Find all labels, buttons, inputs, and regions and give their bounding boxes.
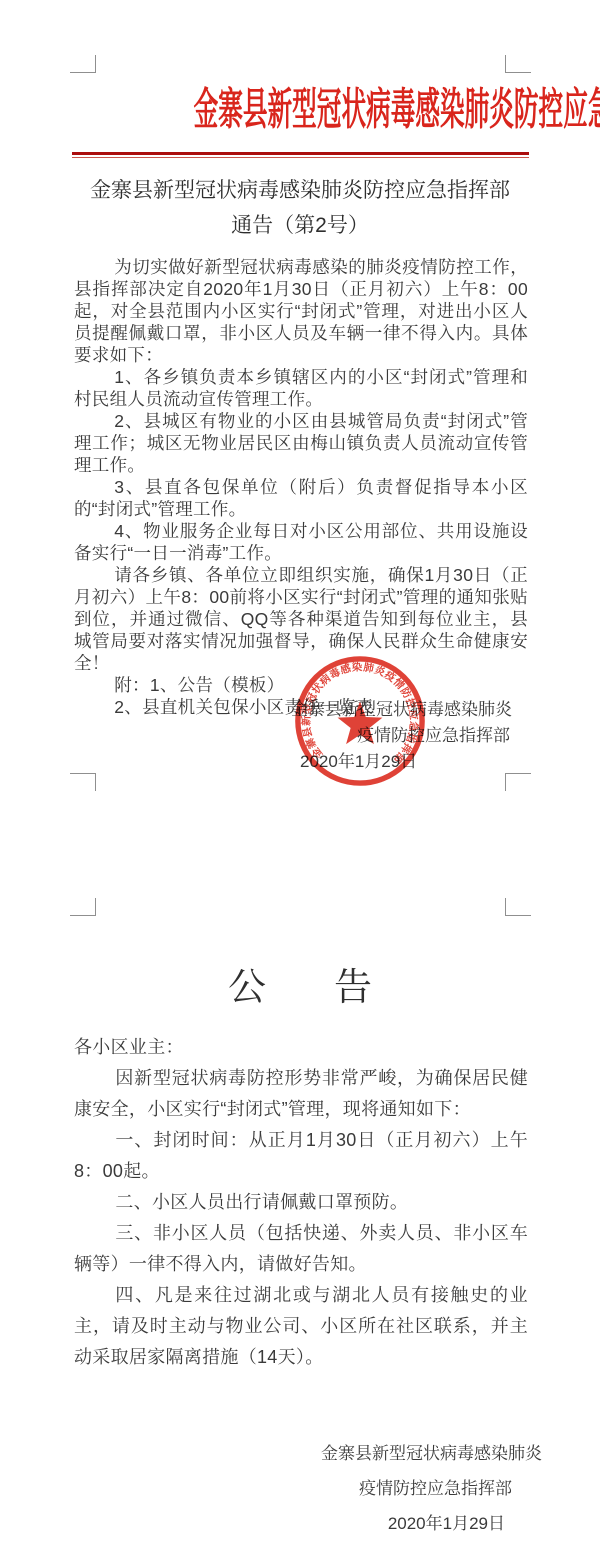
announcement-paragraph: 二、小区人员出行请佩戴口罩预防。 <box>74 1187 528 1218</box>
notice-title-line1: 金寨县新型冠状病毒感染肺炎防控应急指挥部 <box>0 178 600 203</box>
announcement-paragraph: 三、非小区人员（包括快递、外卖人员、非小区车辆等）一律不得入内，请做好告知。 <box>74 1218 528 1280</box>
seal-star <box>338 701 383 744</box>
announcement-paragraph: 四、凡是来往过湖北或与湖北人员有接触史的业主，请及时主动与物业公司、小区所在社区… <box>74 1280 528 1373</box>
letterhead-text: 金寨县新型冠状病毒感染肺炎防控应急指挥部 <box>194 84 600 136</box>
page1-bottom-right-crop-mark <box>505 773 531 791</box>
notice-body: 为切实做好新型冠状病毒感染的肺炎疫情防控工作，县指挥部决定自2020年1月30日… <box>74 256 528 718</box>
page2-signature-block: 金寨县新型冠状病毒感染肺炎 疫情防控应急指挥部 2020年1月29日 <box>0 1436 600 1541</box>
letterhead-rule-thin <box>72 157 529 158</box>
letterhead-rule-thick <box>72 152 529 155</box>
notice-paragraph: 4、物业服务企业每日对小区公用部位、共用设施设备实行“一日一消毒”工作。 <box>74 520 528 564</box>
announcement-body: 各小区业主： 因新型冠状病毒防控形势非常严峻，为确保居民健康安全，小区实行“封闭… <box>74 1032 528 1373</box>
page1-bottom-left-crop-mark <box>70 773 96 791</box>
announcement-paragraph: 因新型冠状病毒防控形势非常严峻，为确保居民健康安全，小区实行“封闭式”管理，现将… <box>74 1063 528 1125</box>
notice-paragraph: 为切实做好新型冠状病毒感染的肺炎疫情防控工作，县指挥部决定自2020年1月30日… <box>74 256 528 366</box>
announcement-paragraph: 一、封闭时间：从正月1月30日（正月初六）上午8：00起。 <box>74 1125 528 1187</box>
signature-org-line2: 疫情防控应急指挥部 <box>0 1471 600 1506</box>
document-scan: 金寨县新型冠状病毒感染肺炎防控应急指挥部 金寨县新型冠状病毒感染肺炎防控应急指挥… <box>0 0 600 1558</box>
notice-paragraph: 2、县城区有物业的小区由县城管局负责“封闭式”管理工作；城区无物业居民区由梅山镇… <box>74 410 528 476</box>
letterhead-banner: 金寨县新型冠状病毒感染肺炎防控应急指挥部 <box>0 84 600 136</box>
notice-paragraph: 3、县直各包保单位（附后）负责督促指导本小区的“封闭式”管理工作。 <box>74 476 528 520</box>
letterhead-rule <box>72 152 529 158</box>
announcement-title-char1: 公 <box>228 966 266 1010</box>
announcement-title: 公 告 <box>0 966 600 1010</box>
official-seal: 金寨县新型冠状病毒感染肺炎疫情防控应急指挥部 <box>291 652 429 790</box>
page2-top-right-crop-mark <box>505 898 531 916</box>
notice-paragraph: 1、各乡镇负责本乡镇辖区内的小区“封闭式”管理和村民组人员流动宣传管理工作。 <box>74 366 528 410</box>
signature-org-line1: 金寨县新型冠状病毒感染肺炎 <box>0 1436 600 1471</box>
announcement-salutation: 各小区业主： <box>74 1032 528 1063</box>
notice-title-line2: 通告（第2号） <box>0 213 600 238</box>
signature-date: 2020年1月29日 <box>0 1506 600 1541</box>
page1-top-right-crop-mark <box>505 55 531 73</box>
page2-top-left-crop-mark <box>70 898 96 916</box>
page1-top-left-crop-mark <box>70 55 96 73</box>
announcement-title-char2: 告 <box>334 966 372 1010</box>
